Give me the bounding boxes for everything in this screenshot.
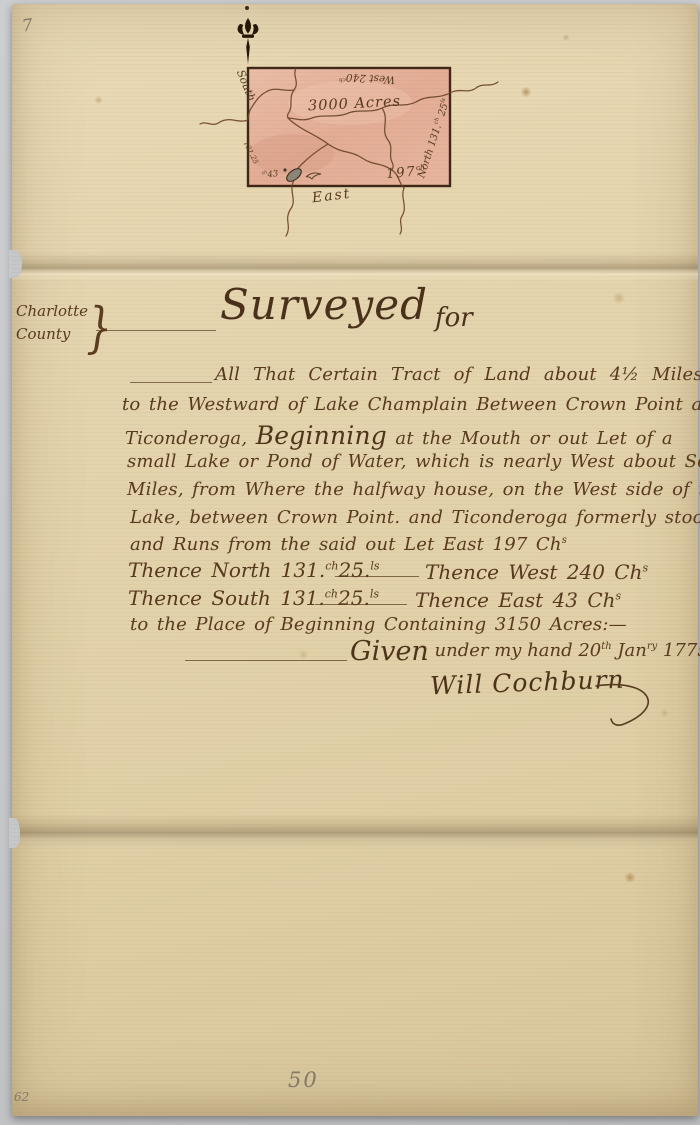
- ink-speck: [245, 6, 249, 10]
- foxing-spot: [624, 872, 636, 883]
- pencil-number-bottom-left: 62: [14, 1090, 29, 1104]
- body-line-1: All That Certain Tract of Land about 4½ …: [215, 364, 700, 385]
- ink-rule: [96, 330, 216, 331]
- course-south: Thence South 131.ch25.ls: [128, 586, 379, 610]
- body-line-4: small Lake or Pond of Water, which is ne…: [127, 451, 700, 472]
- county-line2: County: [16, 323, 88, 346]
- fold-crease-lower: [12, 814, 698, 848]
- pencil-number-top-left: 7: [21, 15, 35, 36]
- fold-crease-upper: [12, 252, 698, 282]
- course-west: Thence West 240 Chs: [425, 560, 648, 584]
- course-north: Thence North 131.ch25.ls: [128, 558, 379, 582]
- scanned-survey-document: 7 50 62: [12, 4, 698, 1116]
- foxing-spot: [94, 96, 103, 104]
- county-brace: }: [86, 296, 112, 359]
- ink-rule: [185, 660, 347, 661]
- signature-flourish: [590, 678, 675, 733]
- pencil-number-bottom-center: 50: [288, 1068, 319, 1092]
- body-line-5: Miles, from Where the halfway house, on …: [127, 479, 700, 500]
- body-line-6: Lake, between Crown Point. and Ticondero…: [130, 507, 700, 528]
- closing-line: Given under my hand 20th Janry 1775: [350, 636, 700, 667]
- map-bottom-measure: 197ch: [385, 162, 425, 182]
- foxing-spot: [298, 650, 309, 659]
- county-line1: Charlotte: [16, 300, 88, 323]
- foxing-spot: [520, 87, 532, 97]
- north-arrow-fleur-icon: [234, 16, 262, 66]
- body-line-7: and Runs from the said out Let East 197 …: [130, 534, 567, 555]
- foxing-spot: [562, 34, 570, 41]
- county-margin-note: Charlotte County: [16, 300, 88, 347]
- paper-edge-chip: [9, 250, 22, 278]
- body-line-3: Ticonderoga, Beginning at the Mouth or o…: [125, 421, 673, 450]
- course-east: Thence East 43 Chs: [415, 588, 621, 612]
- foxing-spot: [612, 292, 626, 304]
- paper-edge-chip: [9, 818, 20, 848]
- ink-rule: [335, 576, 419, 577]
- ink-rule: [130, 382, 212, 383]
- ink-rule: [315, 604, 407, 605]
- body-line-10: to the Place of Beginning Containing 315…: [130, 614, 627, 635]
- page-title: Surveyedfor: [220, 280, 473, 329]
- body-line-2: to the Westward of Lake Champlain Betwee…: [122, 394, 700, 415]
